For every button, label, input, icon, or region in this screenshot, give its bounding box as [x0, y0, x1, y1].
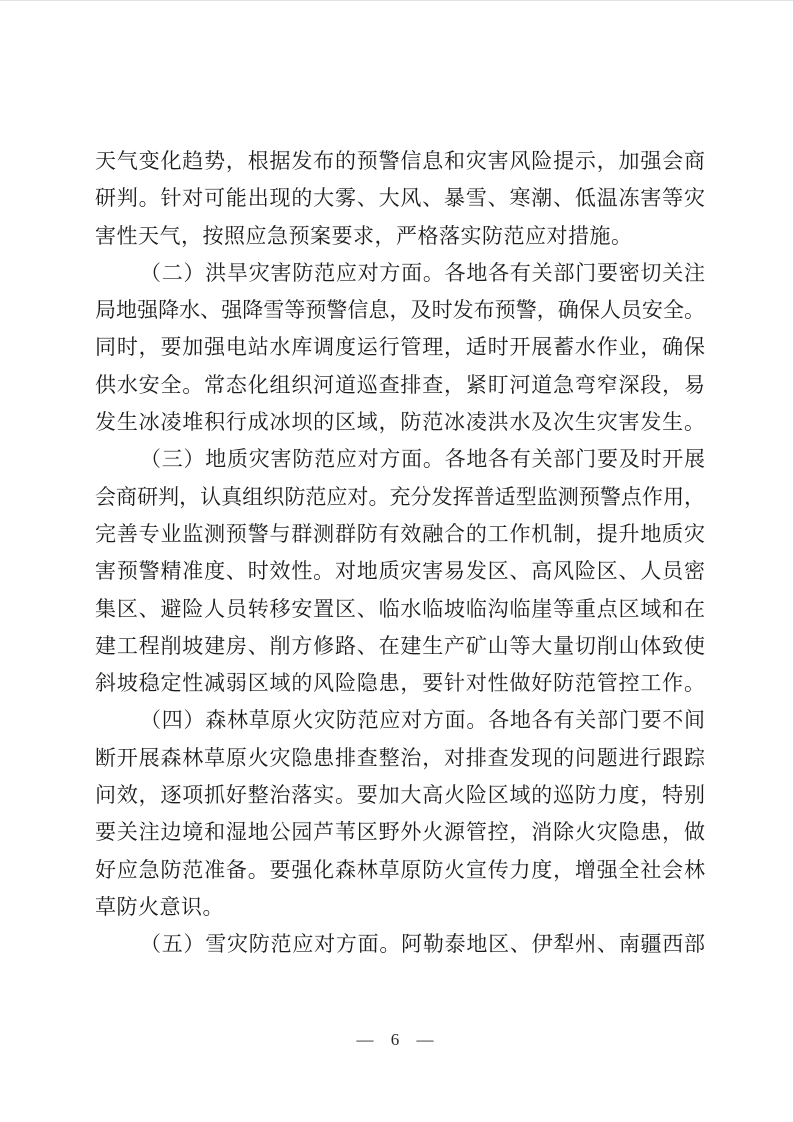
text-line: 害预警精准度、时效性。对地质灾害易发区、高风险区、人员密	[95, 553, 705, 590]
text-line: （五）雪灾防范应对方面。阿勒泰地区、伊犁州、南疆西部	[95, 926, 705, 963]
paragraph: （四）森林草原火灾防范应对方面。各地各有关部门要不间断开展森林草原火灾隐患排查整…	[95, 702, 705, 926]
text-line: 草防火意识。	[95, 889, 705, 926]
text-line: （二）洪旱灾害防范应对方面。各地各有关部门要密切关注	[95, 255, 705, 292]
paragraph: 天气变化趋势，根据发布的预警信息和灾害风险提示，加强会商研判。针对可能出现的大雾…	[95, 143, 705, 255]
scan-edge-line	[0, 0, 793, 1]
text-line: 集区、避险人员转移安置区、临水临坡临沟临崖等重点区域和在	[95, 591, 705, 628]
text-line: 局地强降水、强降雪等预警信息，及时发布预警，确保人员安全。	[95, 292, 705, 329]
text-line: 完善专业监测预警与群测群防有效融合的工作机制，提升地质灾	[95, 516, 705, 553]
paragraph: （二）洪旱灾害防范应对方面。各地各有关部门要密切关注局地强降水、强降雪等预警信息…	[95, 255, 705, 441]
text-line: （三）地质灾害防范应对方面。各地各有关部门要及时开展	[95, 441, 705, 478]
paragraph: （五）雪灾防范应对方面。阿勒泰地区、伊犁州、南疆西部	[95, 926, 705, 963]
paragraph: （三）地质灾害防范应对方面。各地各有关部门要及时开展会商研判，认真组织防范应对。…	[95, 441, 705, 702]
text-line: 天气变化趋势，根据发布的预警信息和灾害风险提示，加强会商	[95, 143, 705, 180]
document-body: 天气变化趋势，根据发布的预警信息和灾害风险提示，加强会商研判。针对可能出现的大雾…	[95, 143, 705, 964]
text-line: 会商研判，认真组织防范应对。充分发挥普适型监测预警点作用，	[95, 479, 705, 516]
text-line: 好应急防范准备。要强化森林草原防火宣传力度，增强全社会林	[95, 852, 705, 889]
text-line: 发生冰凌堆积行成冰坝的区域，防范冰凌洪水及次生灾害发生。	[95, 404, 705, 441]
text-line: 问效，逐项抓好整治落实。要加大高火险区域的巡防力度，特别	[95, 777, 705, 814]
text-line: 斜坡稳定性减弱区域的风险隐患，要针对性做好防范管控工作。	[95, 665, 705, 702]
text-line: 要关注边境和湿地公园芦苇区野外火源管控，消除火灾隐患，做	[95, 814, 705, 851]
text-line: 研判。针对可能出现的大雾、大风、暴雪、寒潮、低温冻害等灾	[95, 180, 705, 217]
text-line: 供水安全。常态化组织河道巡查排查，紧盯河道急弯窄深段，易	[95, 367, 705, 404]
text-line: 害性天气，按照应急预案要求，严格落实防范应对措施。	[95, 218, 705, 255]
page-number: — 6 —	[357, 1030, 437, 1049]
text-line: 同时，要加强电站水库调度运行管理，适时开展蓄水作业，确保	[95, 329, 705, 366]
page-footer: — 6 —	[0, 1029, 793, 1051]
text-line: （四）森林草原火灾防范应对方面。各地各有关部门要不间	[95, 702, 705, 739]
text-line: 建工程削坡建房、削方修路、在建生产矿山等大量切削山体致使	[95, 628, 705, 665]
text-line: 断开展森林草原火灾隐患排查整治，对排查发现的问题进行跟踪	[95, 740, 705, 777]
document-page: 天气变化趋势，根据发布的预警信息和灾害风险提示，加强会商研判。针对可能出现的大雾…	[0, 0, 793, 1122]
